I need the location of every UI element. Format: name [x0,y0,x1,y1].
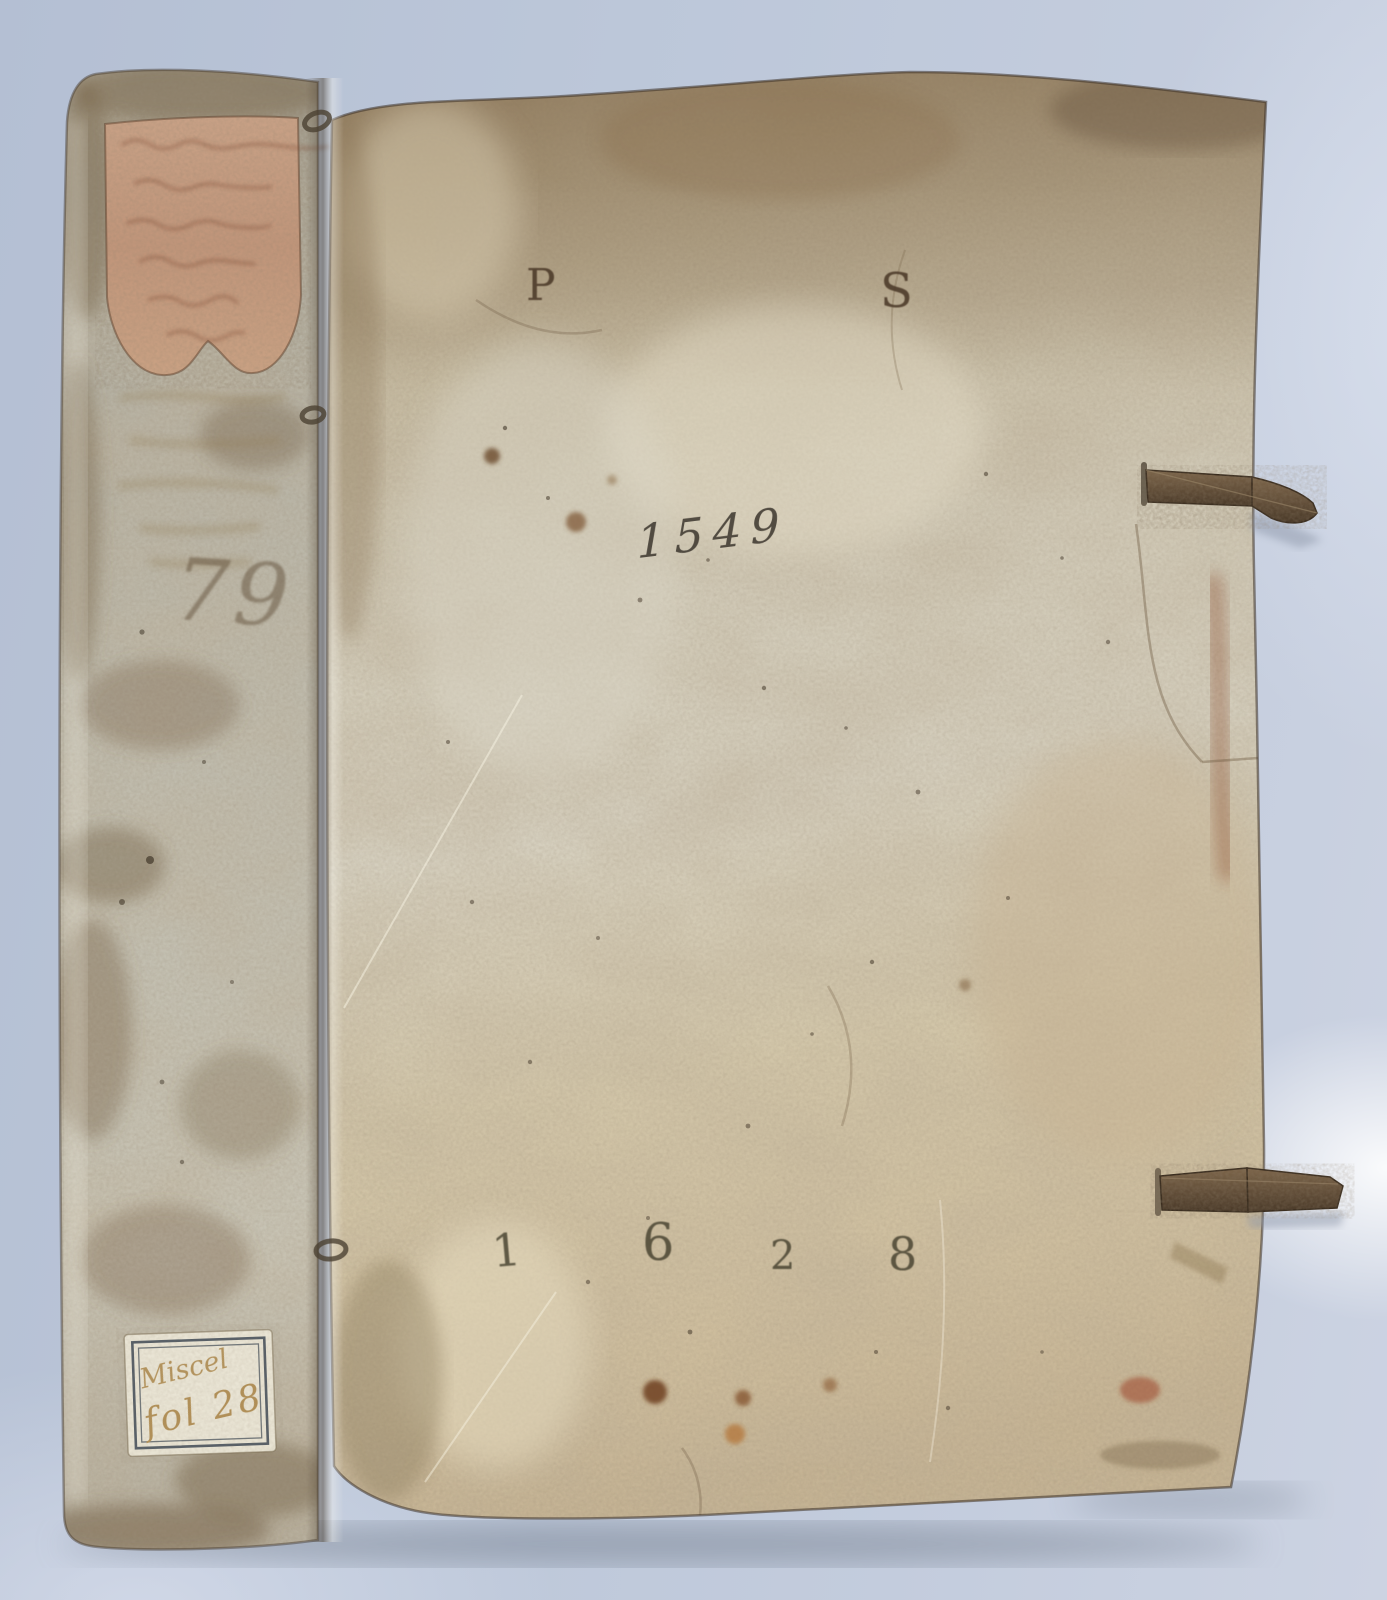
photo-of-antique-book: P S 1549 1 6 2 8 79 Miscel fol 28 [0,0,1387,1600]
spine-joint [306,78,344,1542]
book-spine [30,60,335,1560]
front-cover [300,50,1310,1540]
book-illustration [0,0,1387,1600]
spine-label-bottom [124,1329,276,1456]
